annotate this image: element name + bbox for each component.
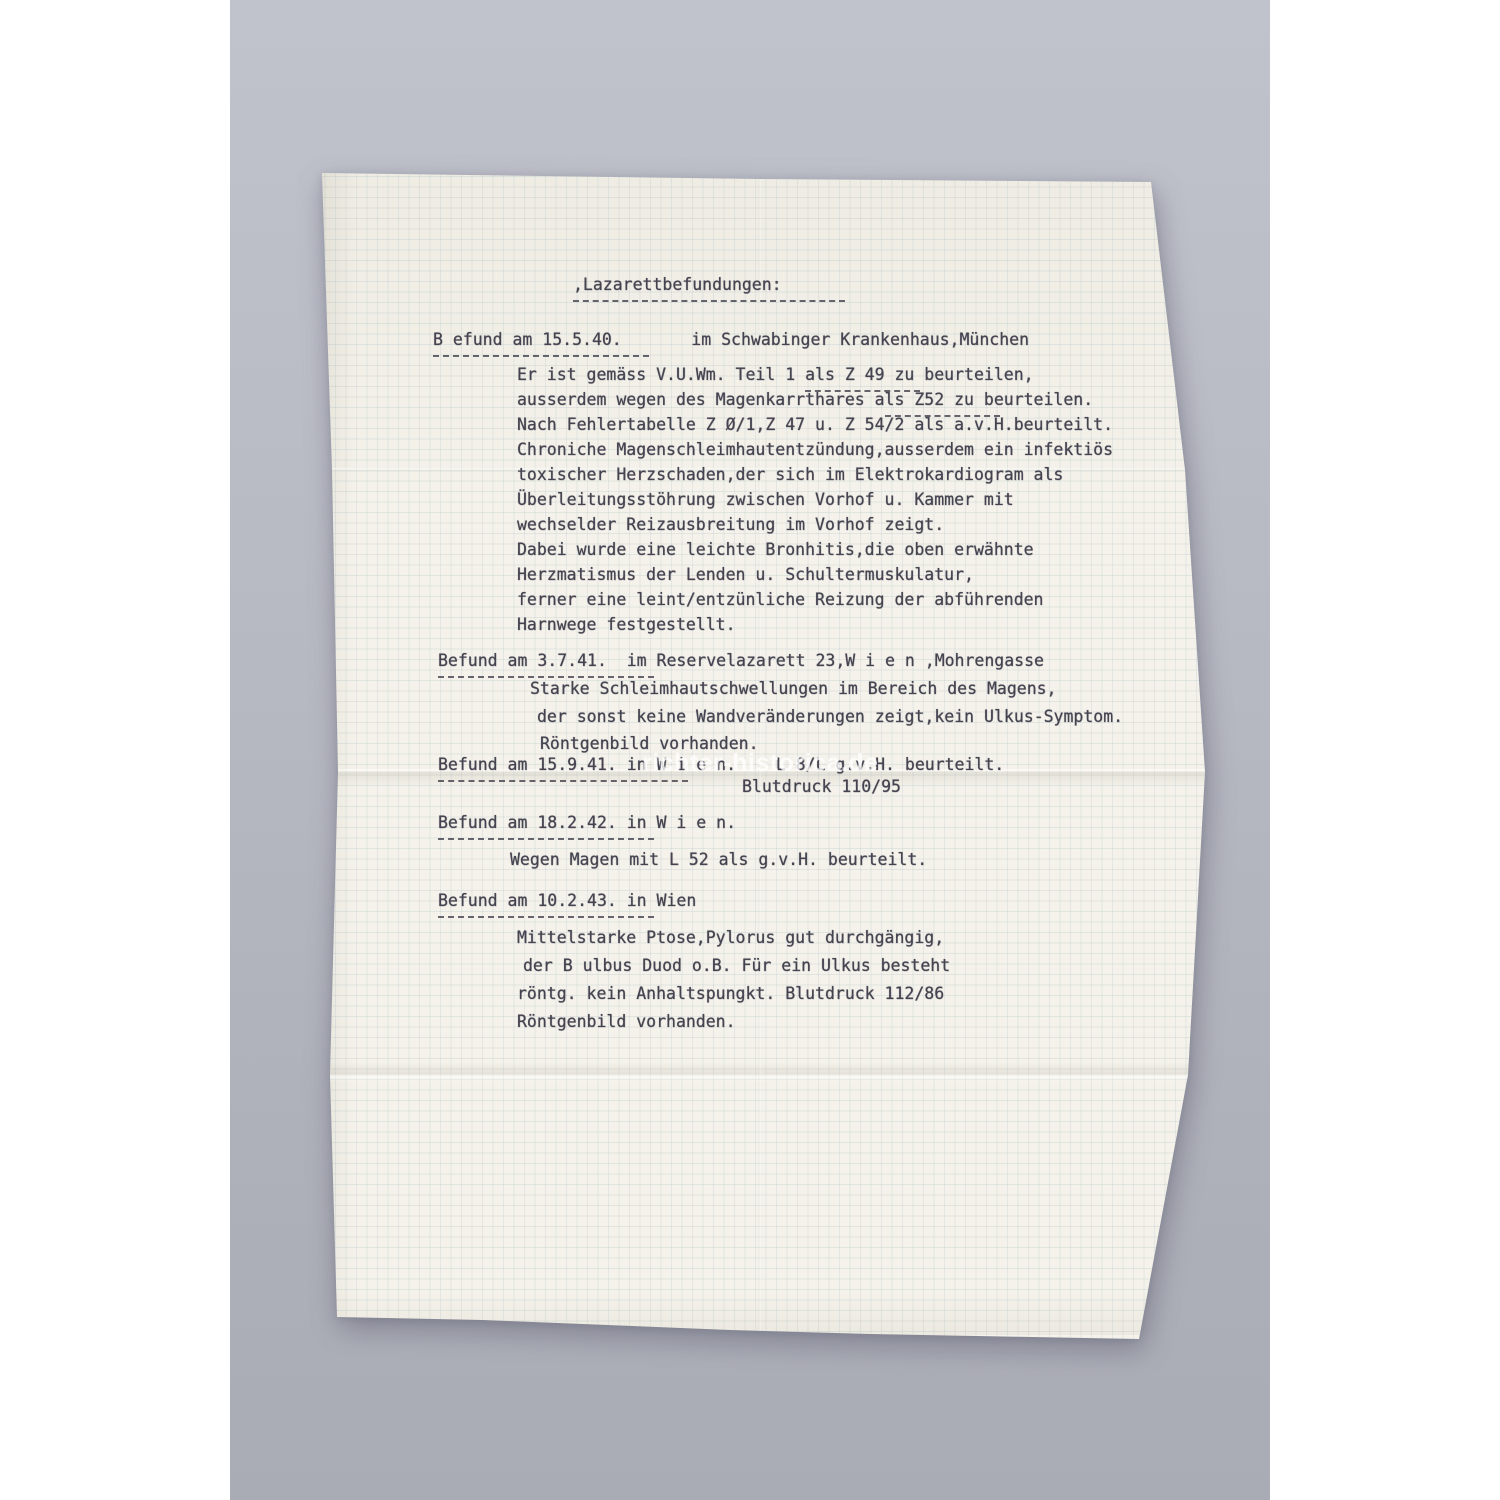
typewritten-line: Chroniche Magenschleimhautentzündung,aus… (517, 437, 1113, 462)
typewritten-line: Röntgenbild vorhanden. (517, 1009, 736, 1034)
typewritten-line: ferner eine leint/entzünliche Reizung de… (517, 587, 1044, 612)
typewritten-line: Mittelstarke Ptose,Pylorus gut durchgäng… (517, 925, 944, 950)
typewritten-line: Überleitungsstöhrung zwischen Vorhof u. … (517, 487, 1014, 512)
typewritten-line: Dabei wurde eine leichte Bronhitis,die o… (517, 537, 1034, 562)
typewritten-line: Herzmatismus der Lenden u. Schultermusku… (517, 562, 974, 587)
typewritten-line: röntg. kein Anhaltspungkt. Blutdruck 112… (517, 981, 944, 1006)
typewritten-line: Nach Fehlertabelle Z Ø/1,Z 47 u. Z 54/2 … (517, 412, 1113, 437)
typewritten-line: Starke Schleimhautschwellungen im Bereic… (530, 676, 1057, 701)
finding-heading: Befund am 18.2.42. in W i e n. (438, 810, 736, 835)
paper-bottom-shading (330, 1290, 1170, 1335)
heading-underline (438, 780, 688, 782)
typewritten-line: Er ist gemäss V.U.Wm. Teil 1 als Z 49 zu… (517, 362, 1034, 387)
paper-left-shading (322, 173, 356, 1323)
watermark: richter-historica.de (642, 749, 878, 778)
finding-heading: Befund am 3.7.41. im Reservelazarett 23,… (438, 648, 1044, 673)
heading-underline (438, 838, 654, 840)
title-underline (573, 300, 845, 302)
typewritten-line: Harnwege festgestellt. (517, 612, 736, 637)
typewritten-line: wechselder Reizausbreitung im Vorhof zei… (517, 512, 944, 537)
document-title: ,Lazarettbefundungen: (573, 272, 782, 297)
heading-underline (433, 355, 649, 357)
typewritten-line: ausserdem wegen des Magenkarrthares als … (517, 387, 1093, 412)
fold-crease-bottom (320, 1062, 1210, 1082)
typewritten-line: toxischer Herzschaden,der sich im Elektr… (517, 462, 1063, 487)
finding-heading: Befund am 10.2.43. in Wien (438, 888, 696, 913)
finding-heading: B efund am 15.5.40. im Schwabinger Krank… (433, 327, 1029, 352)
heading-underline (438, 916, 654, 918)
photo-background: ,Lazarettbefundungen: B efund am 15.5.40… (230, 0, 1270, 1500)
typewritten-line: Wegen Magen mit L 52 als g.v.H. beurteil… (510, 847, 927, 872)
photo-scan: ,Lazarettbefundungen: B efund am 15.5.40… (0, 0, 1500, 1500)
typewritten-line: der B ulbus Duod o.B. Für ein Ulkus best… (523, 953, 950, 978)
typewritten-line: der sonst keine Wandveränderungen zeigt,… (537, 704, 1123, 729)
